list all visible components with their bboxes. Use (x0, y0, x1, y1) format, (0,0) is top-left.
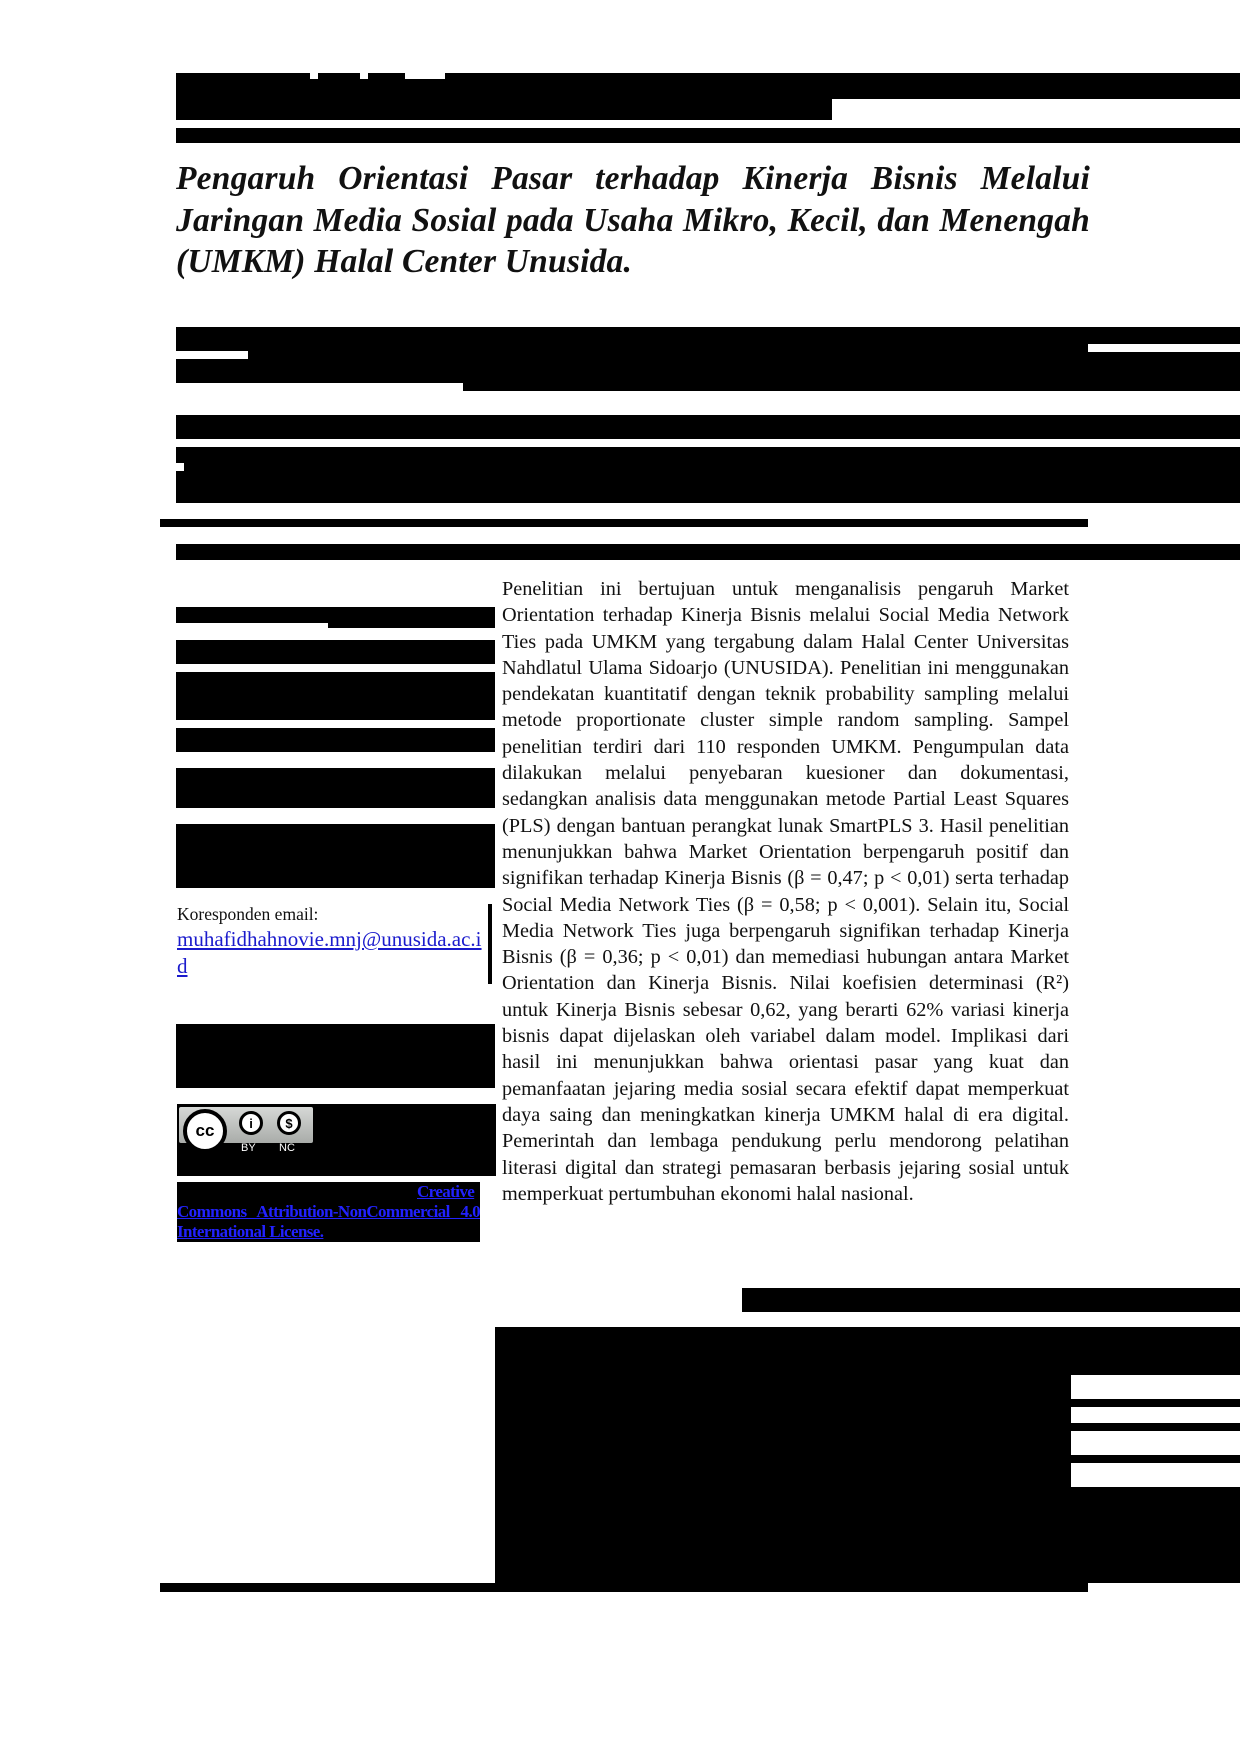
redacted-article-info (328, 619, 495, 628)
redacted-keywords (495, 1367, 1071, 1423)
redacted-authors (463, 383, 1240, 391)
column-divider (488, 904, 492, 984)
redacted-keywords (495, 1423, 1071, 1495)
redacted-journal-header (176, 92, 832, 120)
redacted-keywords (1071, 1423, 1240, 1431)
redacted-keywords (495, 1327, 1240, 1367)
redacted-history (176, 1024, 495, 1088)
redacted-header-tick (310, 73, 318, 79)
redacted-article-info (176, 728, 495, 752)
divider (160, 1583, 1088, 1592)
redacted-article-info (176, 672, 495, 720)
redacted-keywords (1071, 1367, 1240, 1375)
cc-icon: cc (183, 1109, 227, 1153)
noncommercial-icon: $ (277, 1111, 301, 1135)
redacted-keywords (1071, 1455, 1240, 1463)
redacted-header-tick (405, 73, 445, 79)
redacted-authors (1088, 344, 1240, 352)
redacted-keywords (1071, 1487, 1240, 1495)
attribution-icon: i (239, 1111, 263, 1135)
redacted-affiliation (176, 415, 1240, 439)
cc-nc-label: NC (279, 1142, 295, 1154)
redacted-affiliation (176, 447, 1240, 503)
redacted-keywords-heading (742, 1288, 1240, 1312)
correspondence-label: Koresponden email: (177, 904, 318, 925)
redacted-keywords (495, 1495, 1240, 1583)
redacted-authors (176, 351, 248, 359)
cc-badge-inner: cc i $ (179, 1107, 313, 1143)
redacted-article-info (176, 768, 495, 808)
redacted-affiliation (176, 463, 184, 471)
redacted-section-bar (176, 544, 1240, 560)
divider (160, 519, 1088, 527)
redacted-authors (176, 327, 1240, 351)
redacted-keywords (1071, 1399, 1240, 1407)
redacted-article-info (176, 824, 495, 888)
cc-license-badge[interactable]: cc i $ BY NC (177, 1104, 496, 1176)
abstract-text: Penelitian ini bertujuan untuk menganali… (502, 576, 1069, 1207)
paper-title: Pengaruh Orientasi Pasar terhadap Kinerj… (176, 158, 1090, 283)
redacted-header-bar (176, 128, 1240, 143)
license-link-container: Creative Commons Attribution-NonCommerci… (177, 1182, 480, 1242)
cc-by-label: BY (241, 1142, 256, 1154)
redacted-header-tick (360, 73, 368, 79)
license-link[interactable]: Creative Commons Attribution-NonCommerci… (177, 1182, 480, 1242)
redacted-authors (176, 351, 1240, 383)
correspondence-email-link[interactable]: muhafidhahnovie.mnj@unusida.ac.id (177, 926, 487, 980)
redacted-article-info (176, 640, 495, 664)
